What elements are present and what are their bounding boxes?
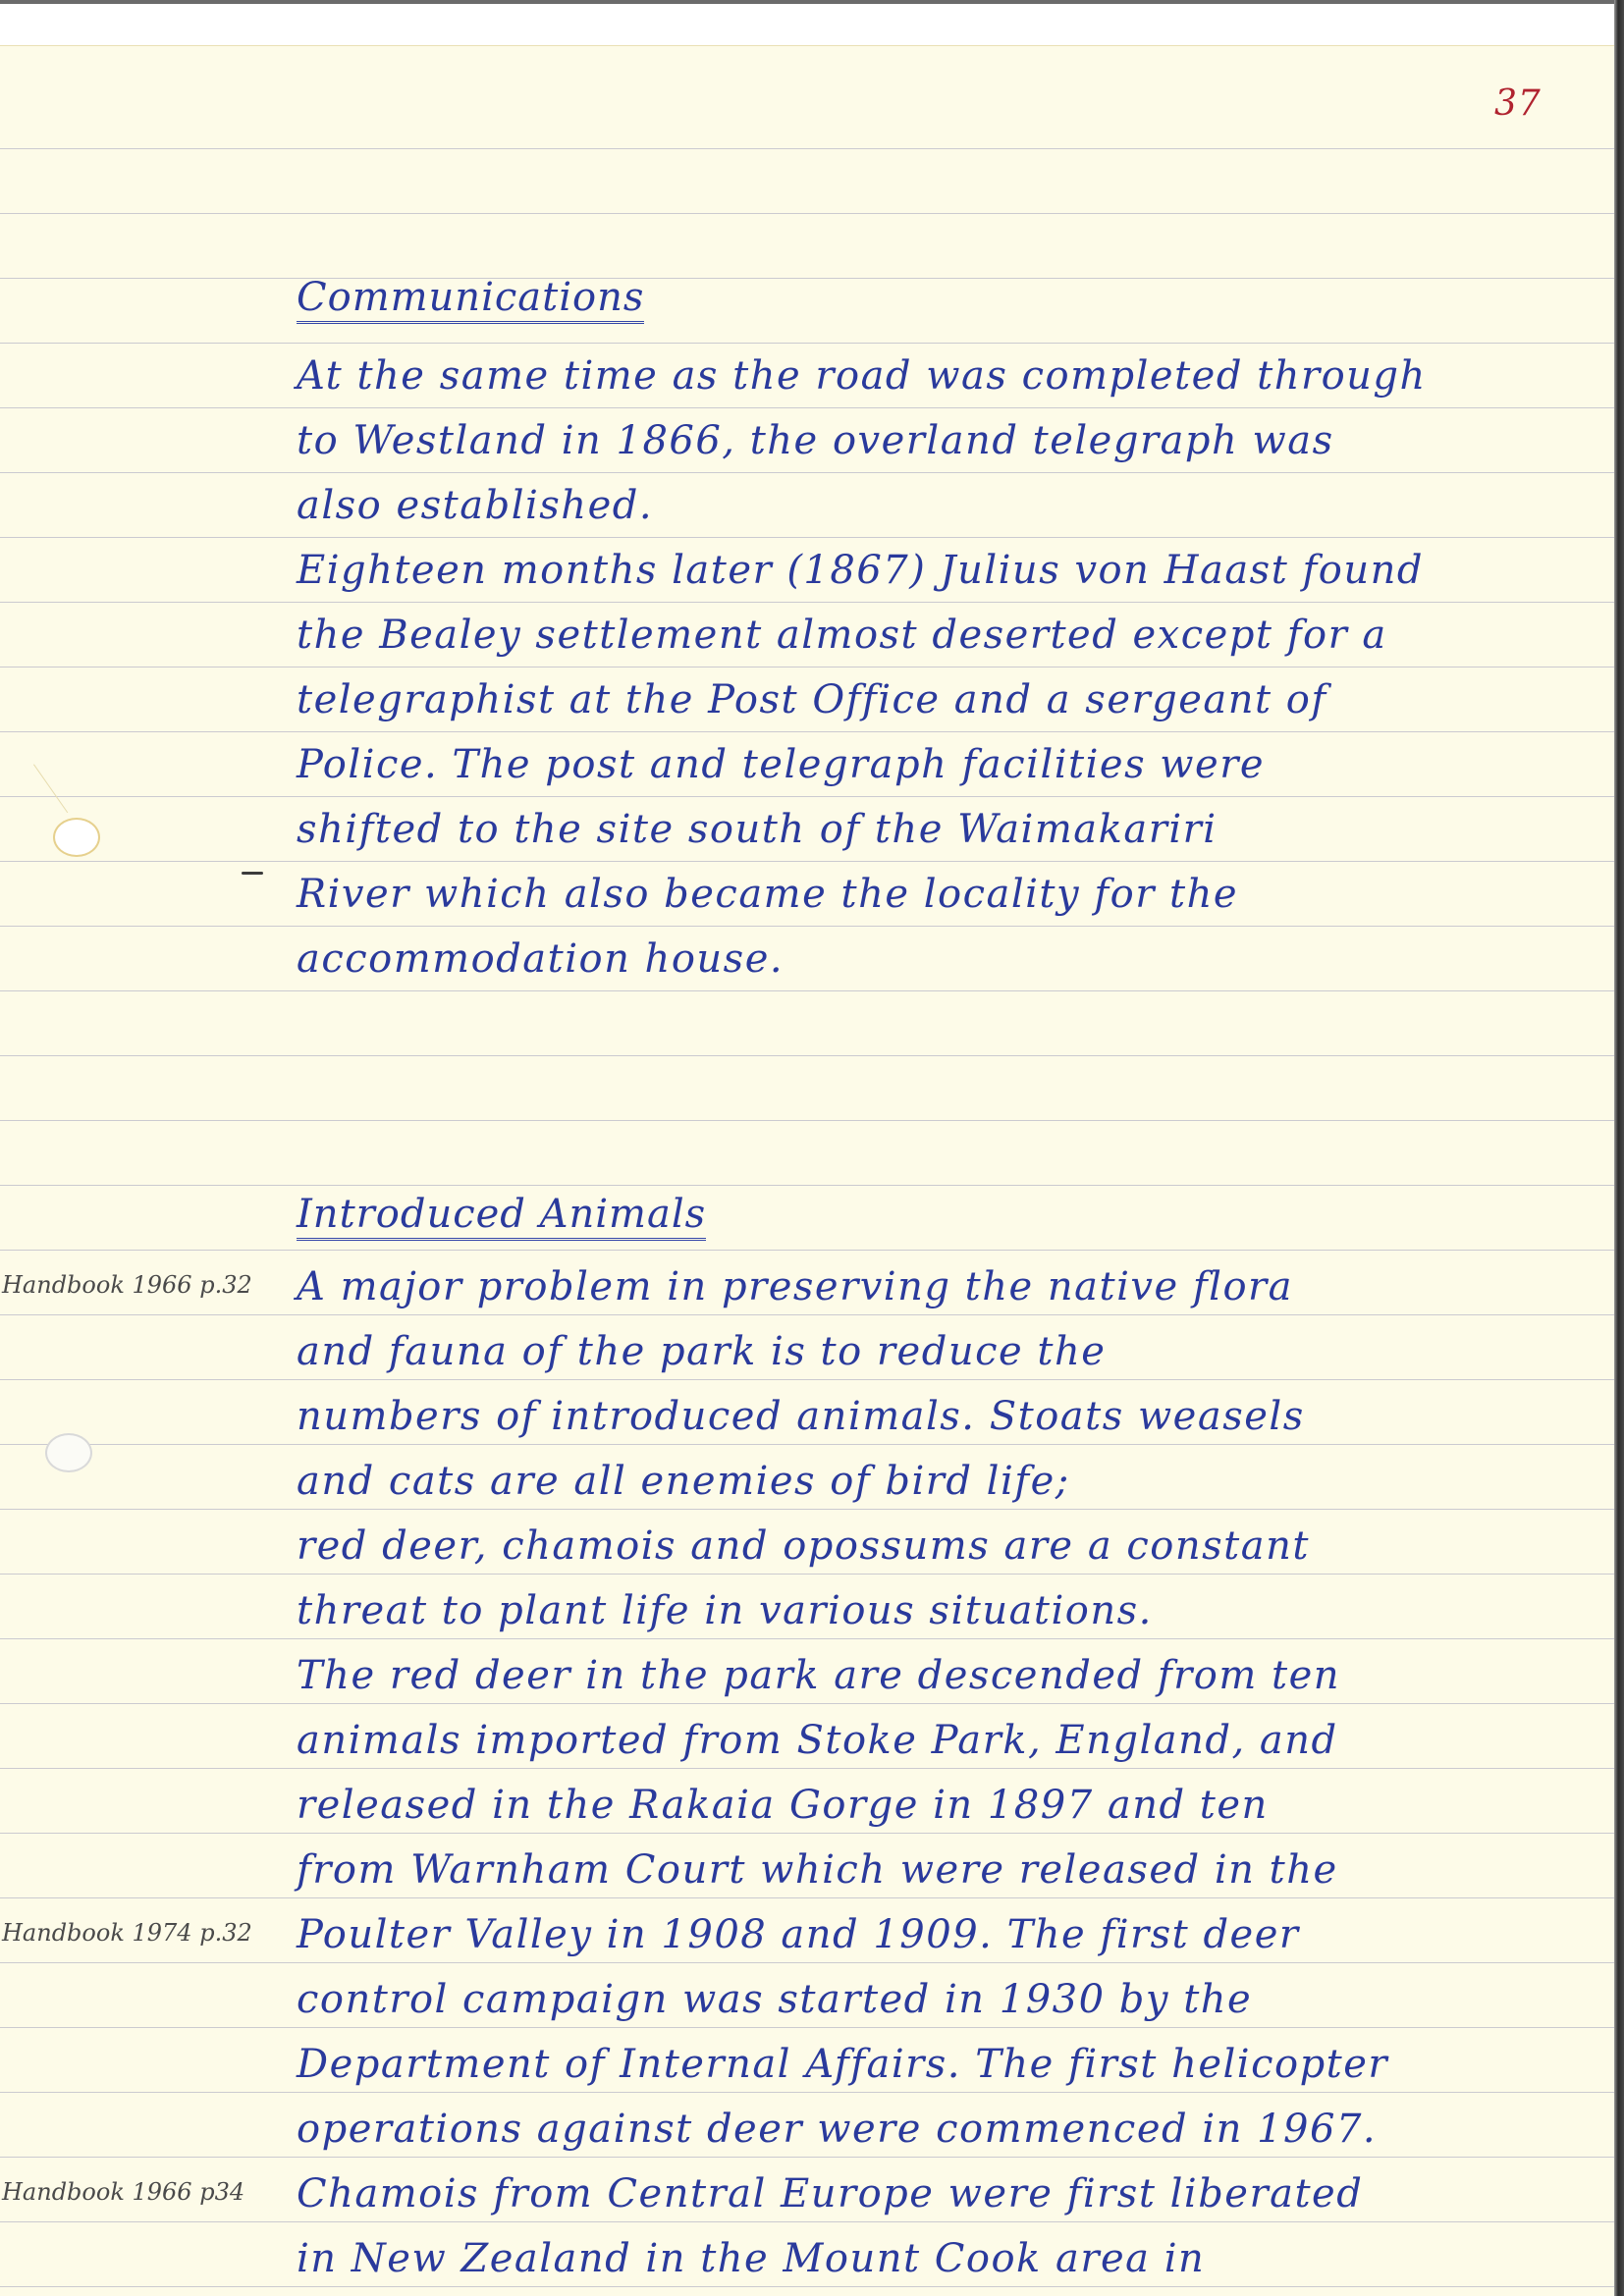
ruled-line xyxy=(0,1055,1614,1056)
text-line: Chamois from Central Europe were first l… xyxy=(297,2174,1363,2214)
ruled-line xyxy=(0,731,1614,732)
text-line: accommodation house. xyxy=(297,939,784,979)
text-line: At the same time as the road was complet… xyxy=(297,356,1427,396)
ruled-line xyxy=(0,1768,1614,1769)
text-line: and fauna of the park is to reduce the xyxy=(297,1332,1106,1371)
text-line: numbers of introduced animals. Stoats we… xyxy=(297,1397,1305,1436)
text-line: in New Zealand in the Mount Cook area in xyxy=(297,2239,1205,2278)
scan-right-edge xyxy=(1614,0,1624,2296)
ruled-line xyxy=(0,1897,1614,1898)
text-line: control campaign was started in 1930 by … xyxy=(297,1980,1252,2019)
ruled-line xyxy=(0,213,1614,214)
notebook-page: 37 Communications At the same time as th… xyxy=(0,45,1614,2296)
text-line: from Warnham Court which were released i… xyxy=(297,1850,1338,1890)
text-line: red deer, chamois and opossums are a con… xyxy=(297,1526,1310,1566)
section-heading-introduced-animals: Introduced Animals xyxy=(297,1195,706,1241)
text-line: Poulter Valley in 1908 and 1909. The fir… xyxy=(297,1915,1300,1954)
text-line: animals imported from Stoke Park, Englan… xyxy=(297,1721,1338,1760)
ruled-line xyxy=(0,1962,1614,1963)
punch-hole-icon xyxy=(45,1433,92,1472)
ruled-line xyxy=(0,1703,1614,1704)
margin-reference-note: Handbook 1966 p.32 xyxy=(2,1273,252,1297)
ruled-line xyxy=(0,1833,1614,1834)
ruled-line xyxy=(0,2027,1614,2028)
ruled-line xyxy=(0,2157,1614,2158)
text-line: The red deer in the park are descended f… xyxy=(297,1656,1340,1695)
ruled-line xyxy=(0,1120,1614,1121)
text-line: released in the Rakaia Gorge in 1897 and… xyxy=(297,1786,1269,1825)
text-line: Department of Internal Affairs. The firs… xyxy=(297,2045,1388,2084)
scan-margin xyxy=(0,4,1624,45)
text-line: Police. The post and telegraph facilitie… xyxy=(297,745,1265,784)
text-line: operations against deer were commenced i… xyxy=(297,2109,1377,2149)
ruled-line xyxy=(0,1638,1614,1639)
ruled-line xyxy=(0,1250,1614,1251)
ruled-line xyxy=(0,2092,1614,2093)
ruled-line xyxy=(0,407,1614,408)
section-heading-communications: Communications xyxy=(297,278,644,324)
ruled-line xyxy=(0,472,1614,473)
text-line: to Westland in 1866, the overland telegr… xyxy=(297,421,1334,460)
ruled-line xyxy=(0,537,1614,538)
text-line: and cats are all enemies of bird life; xyxy=(297,1462,1070,1501)
ruled-line xyxy=(0,2286,1614,2287)
ruled-line xyxy=(0,278,1614,279)
ruled-line xyxy=(0,1444,1614,1445)
ruled-line xyxy=(0,148,1614,149)
ruled-line xyxy=(0,796,1614,797)
punch-hole-icon xyxy=(53,818,100,857)
ruled-line xyxy=(0,1379,1614,1380)
text-line: Eighteen months later (1867) Julius von … xyxy=(297,551,1424,590)
ruled-line xyxy=(0,2221,1614,2222)
margin-dash-mark xyxy=(242,872,263,875)
text-line: A major problem in preserving the native… xyxy=(297,1267,1293,1307)
ruled-line xyxy=(0,1314,1614,1315)
text-line: telegraphist at the Post Office and a se… xyxy=(297,680,1327,720)
ruled-line xyxy=(0,1509,1614,1510)
text-line: threat to plant life in various situatio… xyxy=(297,1591,1153,1630)
ruled-line xyxy=(0,861,1614,862)
paper-tear-mark xyxy=(33,748,90,813)
ruled-line xyxy=(0,1185,1614,1186)
ruled-line xyxy=(0,926,1614,927)
margin-reference-note: Handbook 1974 p.32 xyxy=(2,1921,252,1945)
ruled-line xyxy=(0,667,1614,667)
text-line: shifted to the site south of the Waimaka… xyxy=(297,810,1218,849)
ruled-line xyxy=(0,602,1614,603)
text-line: the Bealey settlement almost deserted ex… xyxy=(297,615,1387,655)
ruled-line xyxy=(0,343,1614,344)
text-line: River which also became the locality for… xyxy=(297,875,1238,914)
ruled-line xyxy=(0,990,1614,991)
margin-reference-note: Handbook 1966 p34 xyxy=(2,2180,244,2204)
text-line: also established. xyxy=(297,486,653,525)
page-number: 37 xyxy=(1494,83,1542,124)
ruled-line xyxy=(0,1574,1614,1575)
